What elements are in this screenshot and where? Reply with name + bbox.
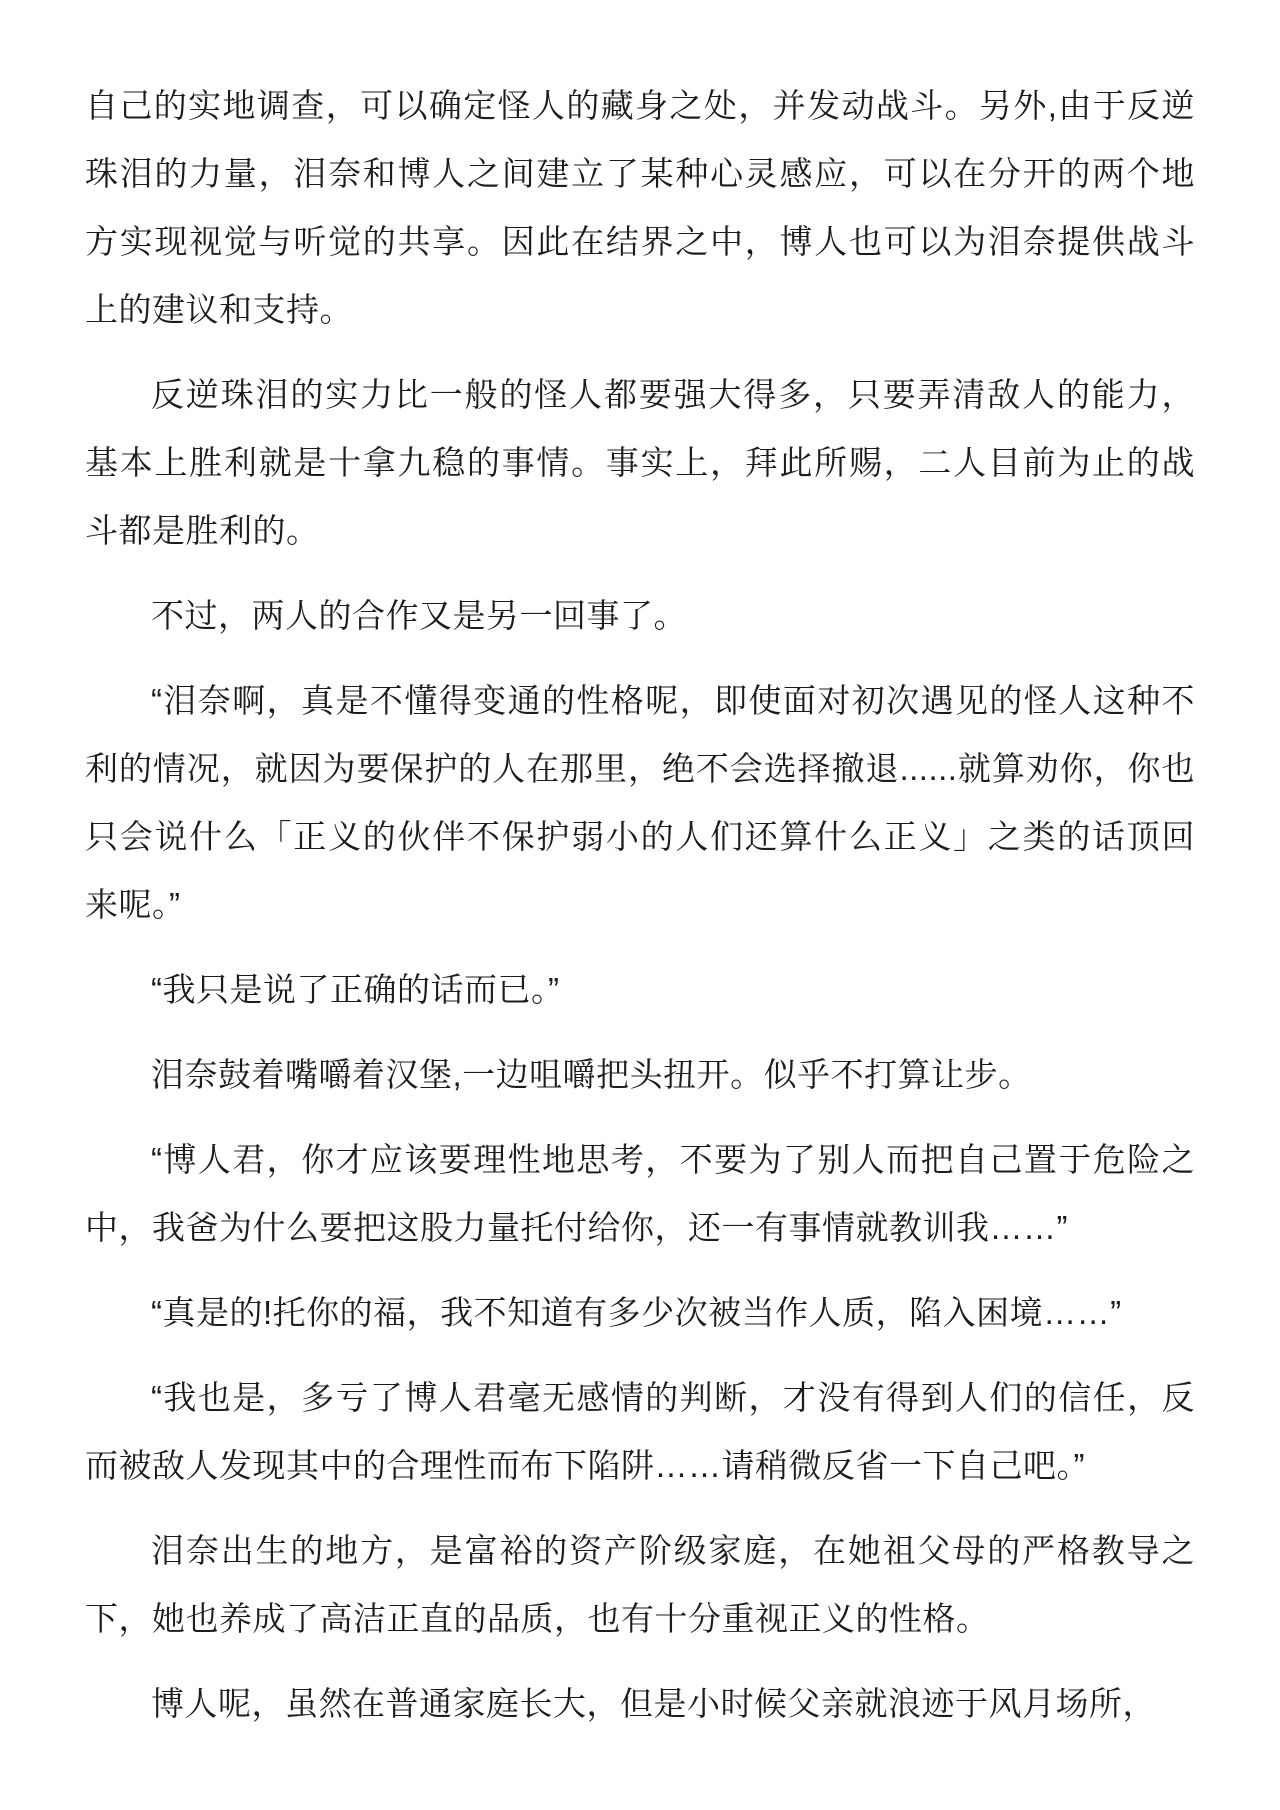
text-line: 下，她也养成了高洁正直的品质，也有十分重视正义的性格。 xyxy=(85,1585,1195,1653)
document-body: 自己的实地调查，可以确定怪人的藏身之处，并发动战斗。另外,由于反逆 珠泪的力量，… xyxy=(85,72,1195,1755)
paragraph: “我只是说了正确的话而已。” xyxy=(85,956,1195,1024)
paragraph: 泪奈鼓着嘴嚼着汉堡,一边咀嚼把头扭开。似乎不打算让步。 xyxy=(85,1041,1195,1109)
paragraph: 不过，两人的合作又是另一回事了。 xyxy=(85,582,1195,650)
paragraph: 反逆珠泪的实力比一般的怪人都要强大得多，只要弄清敌人的能力， 基本上胜利就是十拿… xyxy=(85,361,1195,565)
text-line: 上的建议和支持。 xyxy=(85,276,1195,344)
text-line: 来呢。” xyxy=(85,871,1195,939)
text-line: 方实现视觉与听觉的共享。因此在结界之中，博人也可以为泪奈提供战斗 xyxy=(85,208,1195,276)
text-line: 基本上胜利就是十拿九稳的事情。事实上，拜此所赐，二人目前为止的战 xyxy=(85,429,1195,497)
text-line: “我只是说了正确的话而已。” xyxy=(85,956,1195,1024)
text-line: 博人呢，虽然在普通家庭长大，但是小时候父亲就浪迹于风月场所， xyxy=(85,1670,1195,1738)
text-line: “博人君，你才应该要理性地思考，不要为了别人而把自己置于危险之 xyxy=(85,1126,1195,1194)
text-line: 利的情况，就因为要保护的人在那里，绝不会选择撤退......就算劝你，你也 xyxy=(85,735,1195,803)
text-line: 泪奈出生的地方，是富裕的资产阶级家庭，在她祖父母的严格教导之 xyxy=(85,1517,1195,1585)
paragraph: “我也是，多亏了博人君毫无感情的判断，才没有得到人们的信任，反 而被敌人发现其中… xyxy=(85,1364,1195,1500)
paragraph: “博人君，你才应该要理性地思考，不要为了别人而把自己置于危险之 中，我爸为什么要… xyxy=(85,1126,1195,1262)
document-page: 自己的实地调查，可以确定怪人的藏身之处，并发动战斗。另外,由于反逆 珠泪的力量，… xyxy=(0,0,1280,1810)
paragraph: “泪奈啊，真是不懂得变通的性格呢，即使面对初次遇见的怪人这种不 利的情况，就因为… xyxy=(85,667,1195,939)
text-line: 不过，两人的合作又是另一回事了。 xyxy=(85,582,1195,650)
text-line: “我也是，多亏了博人君毫无感情的判断，才没有得到人们的信任，反 xyxy=(85,1364,1195,1432)
paragraph: 泪奈出生的地方，是富裕的资产阶级家庭，在她祖父母的严格教导之 下，她也养成了高洁… xyxy=(85,1517,1195,1653)
paragraph: “真是的!托你的福，我不知道有多少次被当作人质，陷入困境……” xyxy=(85,1279,1195,1347)
text-line: “泪奈啊，真是不懂得变通的性格呢，即使面对初次遇见的怪人这种不 xyxy=(85,667,1195,735)
text-line: 斗都是胜利的。 xyxy=(85,497,1195,565)
text-line: 中，我爸为什么要把这股力量托付给你，还一有事情就教训我……” xyxy=(85,1194,1195,1262)
text-line: “真是的!托你的福，我不知道有多少次被当作人质，陷入困境……” xyxy=(85,1279,1195,1347)
text-line: 自己的实地调查，可以确定怪人的藏身之处，并发动战斗。另外,由于反逆 xyxy=(85,72,1195,140)
text-line: 泪奈鼓着嘴嚼着汉堡,一边咀嚼把头扭开。似乎不打算让步。 xyxy=(85,1041,1195,1109)
paragraph: 博人呢，虽然在普通家庭长大，但是小时候父亲就浪迹于风月场所， xyxy=(85,1670,1195,1738)
text-line: 只会说什么「正义的伙伴不保护弱小的人们还算什么正义」之类的话顶回 xyxy=(85,803,1195,871)
paragraph: 自己的实地调查，可以确定怪人的藏身之处，并发动战斗。另外,由于反逆 珠泪的力量，… xyxy=(85,72,1195,344)
text-line: 珠泪的力量，泪奈和博人之间建立了某种心灵感应，可以在分开的两个地 xyxy=(85,140,1195,208)
text-line: 反逆珠泪的实力比一般的怪人都要强大得多，只要弄清敌人的能力， xyxy=(85,361,1195,429)
text-line: 而被敌人发现其中的合理性而布下陷阱……请稍微反省一下自己吧。” xyxy=(85,1432,1195,1500)
